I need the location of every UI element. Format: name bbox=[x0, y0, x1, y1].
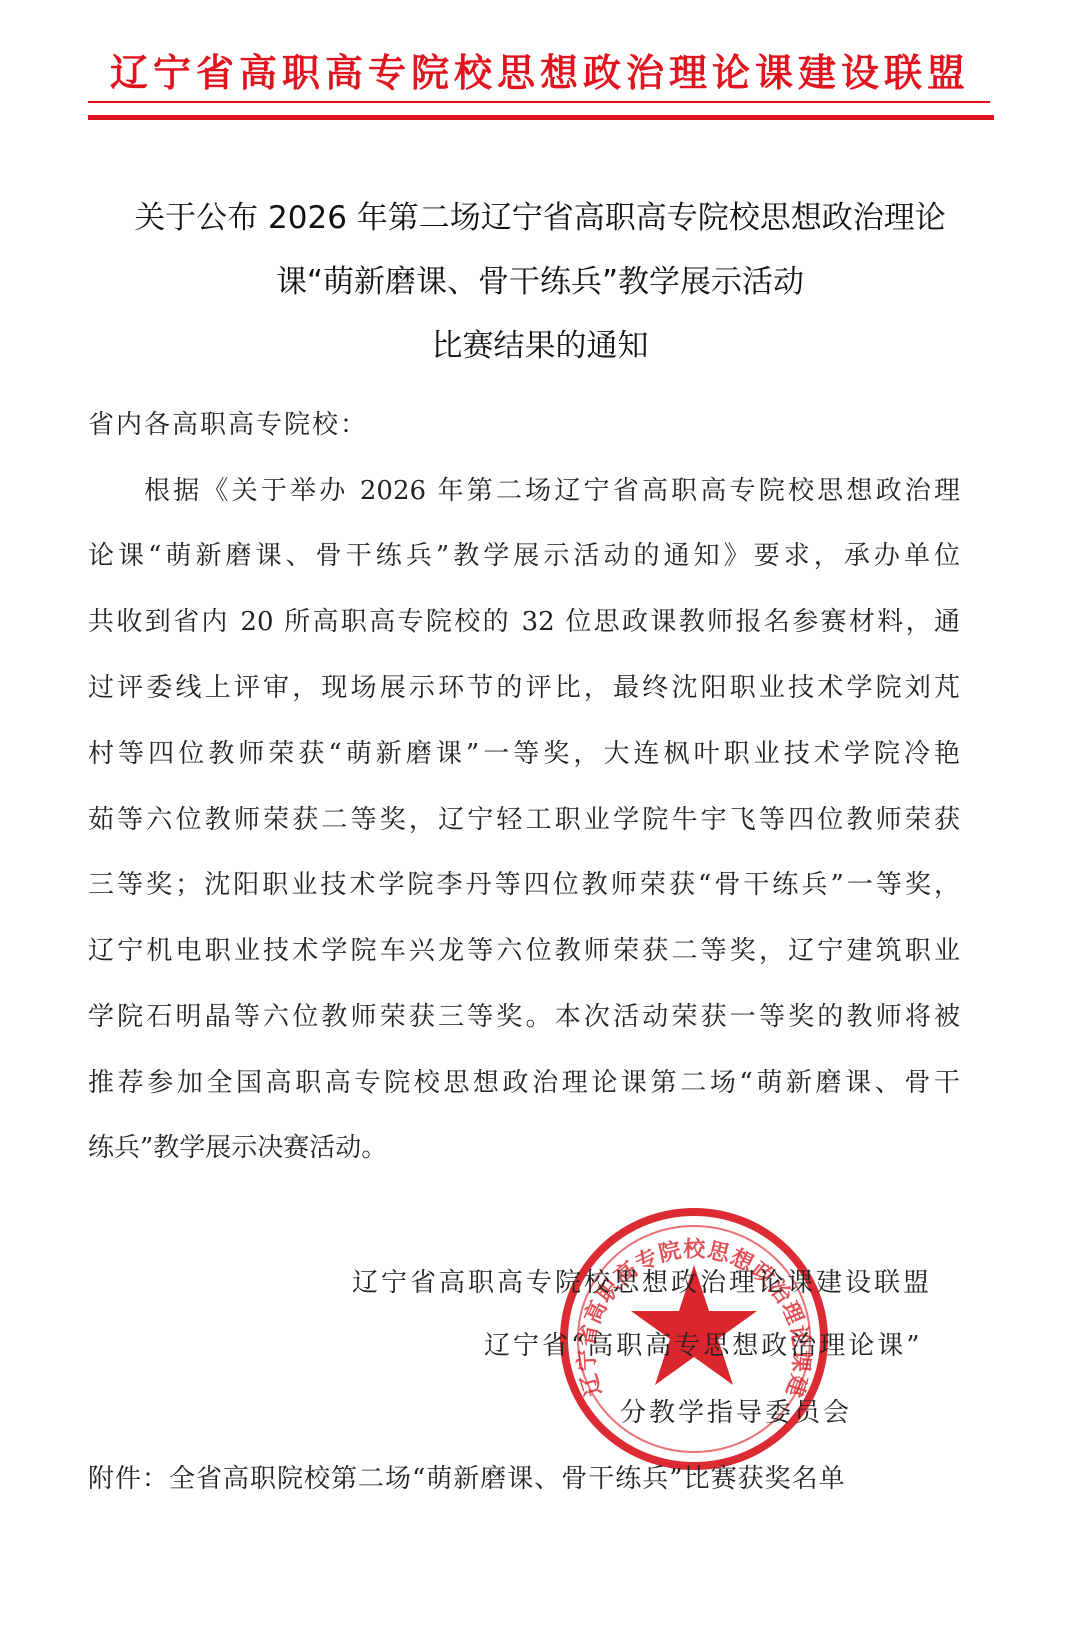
body-line: 三等奖；沈阳职业技术学院李丹等四位教师荣获“骨干练兵”一等奖， bbox=[88, 864, 960, 901]
body-line: 辽宁机电职业技术学院车兴龙等六位教师荣获二等奖，辽宁建筑职业 bbox=[88, 930, 960, 967]
signature-line-3: 分教学指导委员会 bbox=[620, 1392, 852, 1429]
salutation: 省内各高职高专院校： bbox=[88, 404, 368, 441]
body-line: 过评委线上评审，现场展示环节的评比，最终沈阳职业技术学院刘芃 bbox=[88, 667, 960, 704]
body-line: 茹等六位教师荣获二等奖，辽宁轻工职业学院牛宇飞等四位教师荣获 bbox=[88, 799, 960, 836]
signature-line-2: 辽宁省“高职高专思想政治理论课” bbox=[484, 1325, 923, 1362]
title-line-2: 课“萌新磨课、骨干练兵”教学展示活动 bbox=[60, 256, 1020, 301]
signature-line-1: 辽宁省高职高专院校思想政治理论课建设联盟 bbox=[352, 1262, 932, 1299]
body-line: 根据《关于举办 2026 年第二场辽宁省高职高专院校思想政治理 bbox=[144, 470, 960, 507]
body-line: 推荐参加全国高职高专院校思想政治理论课第二场“萌新磨课、骨干 bbox=[88, 1062, 960, 1099]
title-line-1: 关于公布 2026 年第二场辽宁省高职高专院校思想政治理论 bbox=[60, 192, 1020, 237]
body-line: 练兵”教学展示决赛活动。 bbox=[88, 1127, 960, 1164]
letterhead-divider-thick bbox=[88, 115, 994, 120]
letterhead-organization: 辽宁省高职高专院校思想政治理论课建设联盟 bbox=[80, 42, 1000, 97]
body-line: 论课“萌新磨课、骨干练兵”教学展示活动的通知》要求，承办单位 bbox=[88, 535, 960, 572]
body-line: 村等四位教师荣获“萌新磨课”一等奖，大连枫叶职业技术学院冷艳 bbox=[88, 733, 960, 770]
attachment-note: 附件：全省高职院校第二场“萌新磨课、骨干练兵”比赛获奖名单 bbox=[88, 1458, 846, 1495]
title-line-3: 比赛结果的通知 bbox=[60, 320, 1020, 365]
letterhead-divider-thin bbox=[88, 101, 990, 103]
body-line: 学院石明晶等六位教师荣获三等奖。本次活动荣获一等奖的教师将被 bbox=[88, 996, 960, 1033]
body-line: 共收到省内 20 所高职高专院校的 32 位思政课教师报名参赛材料，通 bbox=[88, 601, 960, 638]
